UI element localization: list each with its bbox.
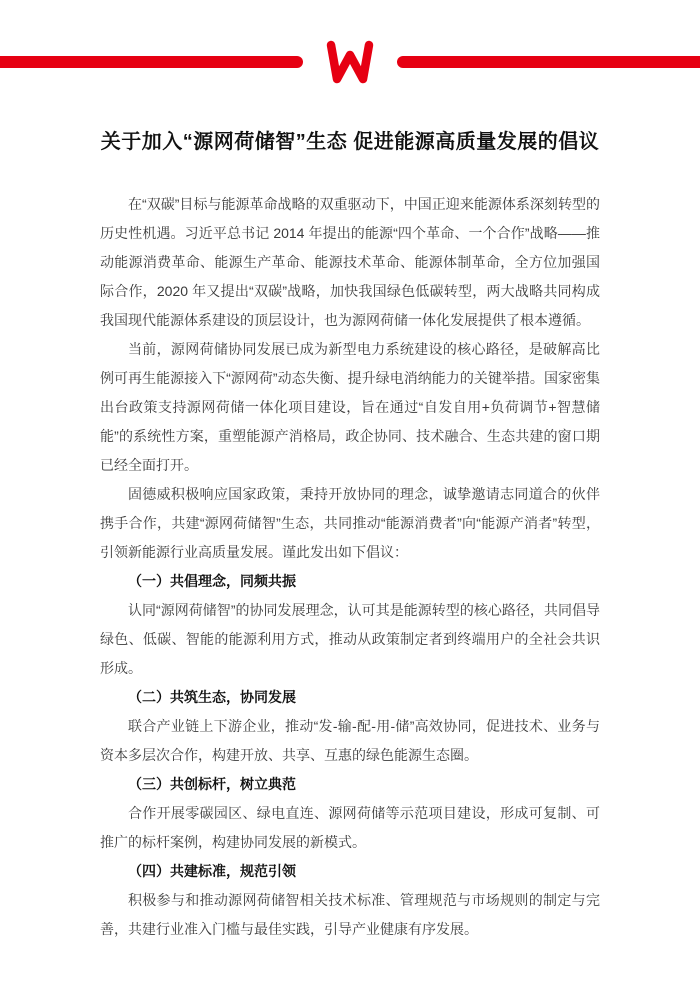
- document-paragraph: 合作开展零碳园区、绿电直连、源网荷储等示范项目建设，形成可复制、可推广的标杆案例…: [100, 799, 600, 857]
- document-paragraph: 在“双碳”目标与能源革命战略的双重驱动下，中国正迎来能源体系深刻转型的历史性机遇…: [100, 190, 600, 335]
- document-title: 关于加入“源网荷储智”生态 促进能源高质量发展的倡议: [50, 128, 650, 156]
- document-paragraph: 固德威积极响应国家政策，秉持开放协同的理念，诚挚邀请志同道合的伙伴携手合作，共建…: [100, 480, 600, 567]
- section-heading: （二）共筑生态，协同发展: [100, 683, 600, 712]
- document-body: 在“双碳”目标与能源革命战略的双重驱动下，中国正迎来能源体系深刻转型的历史性机遇…: [100, 190, 600, 944]
- section-heading: （四）共建标准，规范引领: [100, 857, 600, 886]
- document-paragraph: 当前，源网荷储协同发展已成为新型电力系统建设的核心路径，是破解高比例可再生能源接…: [100, 335, 600, 480]
- section-heading: （一）共倡理念，同频共振: [100, 567, 600, 596]
- section-heading: （三）共创标杆，树立典范: [100, 770, 600, 799]
- w-glyph: [331, 45, 369, 79]
- document-paragraph: 积极参与和推动源网荷储智相关技术标准、管理规范与市场规则的制定与完善，共建行业准…: [100, 886, 600, 944]
- document-paragraph: 联合产业链上下游企业，推动“发-输-配-用-储”高效协同，促进技术、业务与资本多…: [100, 712, 600, 770]
- document-paragraph: 认同“源网荷储智”的协同发展理念，认可其是能源转型的核心路径，共同倡导绿色、低碳…: [100, 596, 600, 683]
- goodwe-w-logo-icon: [324, 40, 376, 86]
- header-rule-right: [397, 56, 700, 68]
- header-rule-left: [0, 56, 303, 68]
